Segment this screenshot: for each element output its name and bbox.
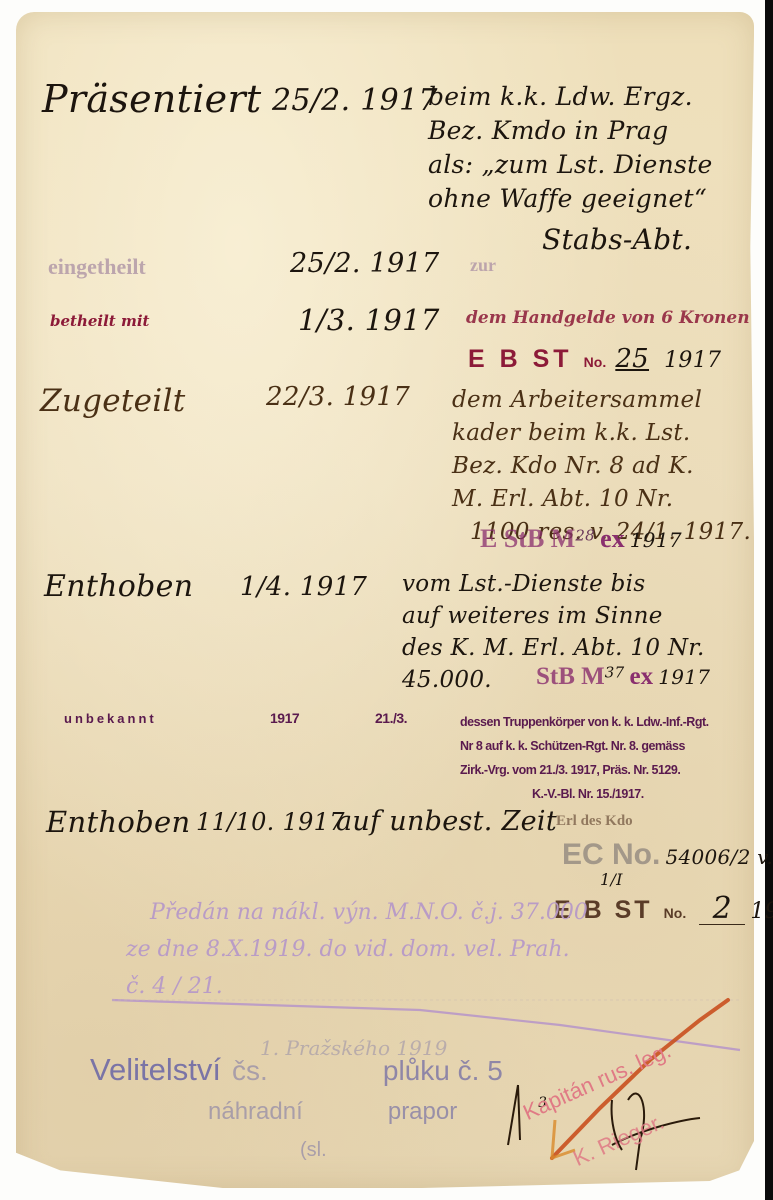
crayon-check-mark: [0, 0, 773, 1200]
